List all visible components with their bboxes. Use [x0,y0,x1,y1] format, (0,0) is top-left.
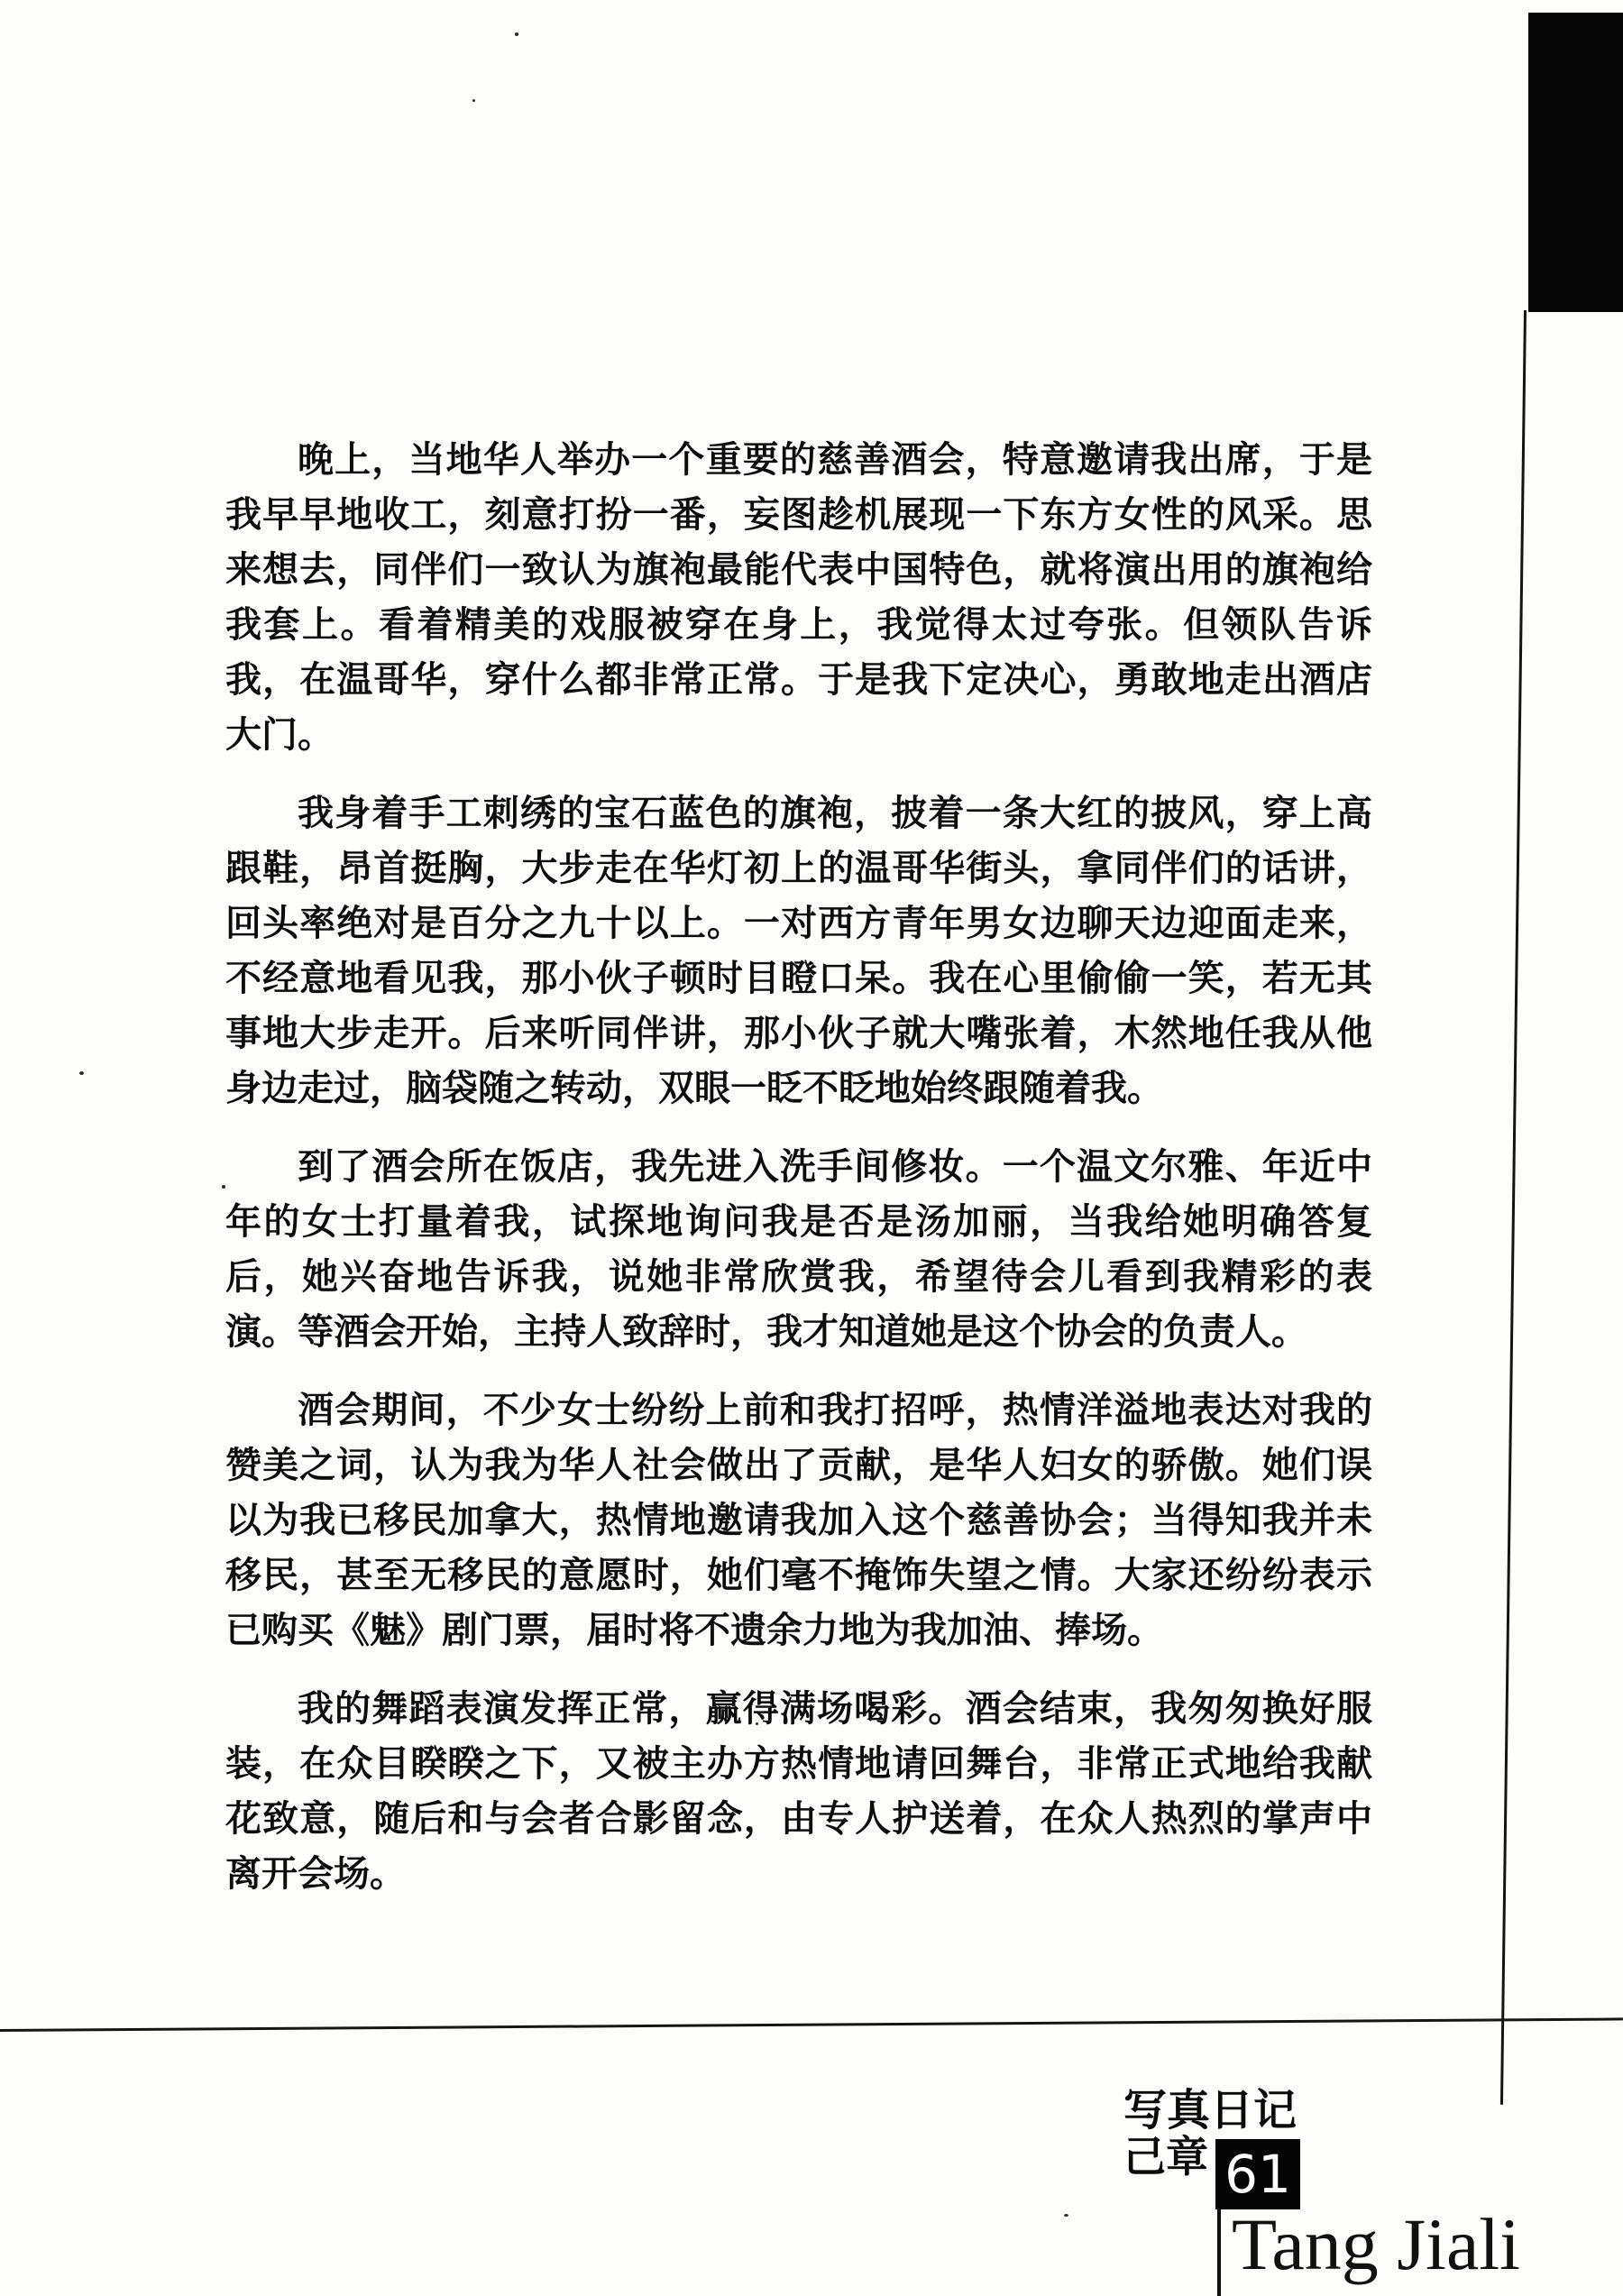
scan-speck [756,1722,758,1725]
paragraph-1: 晚上，当地华人举办一个重要的慈善酒会，特意邀请我出席，于是我早早地收工，刻意打扮… [225,433,1372,763]
page-number-badge: 61 [1215,2139,1300,2209]
paragraph-5: 我的舞蹈表演发挥正常，赢得满场喝彩。酒会结束，我匆匆换好服装，在众目睽睽之下，又… [225,1682,1372,1902]
page-number: 61 [1224,2144,1291,2205]
scan-speck [79,1071,84,1075]
paragraph-2: 我身着手工刺绣的宝石蓝色的旗袍，披着一条大红的披风，穿上高跟鞋，昂首挺胸，大步走… [225,786,1372,1116]
paragraph-3: 到了酒会所在饭店，我先进入洗手间修妆。一个温文尔雅、年近中年的女士打量着我，试探… [225,1140,1372,1360]
footer-logo-line1: 写真日记 [1123,2089,1304,2134]
scan-speck [222,1185,225,1189]
scan-speck [472,99,475,102]
scan-speck [1064,2214,1068,2217]
scan-speck [515,32,518,36]
author-name-latin: Tang Jiali [1232,2208,1520,2282]
footer-logo-line2: 己章 [1123,2135,1208,2179]
footer-vertical-bar [1217,2209,1221,2296]
footer-divider-rule [0,2017,1623,2032]
black-corner-block [1528,13,1623,312]
paragraph-4: 酒会期间，不少女士纷纷上前和我打招呼，热情洋溢地表达对我的赞美之词，认为我为华人… [225,1383,1372,1658]
right-margin-rule [1500,310,1527,2105]
book-page: 晚上，当地华人举办一个重要的慈善酒会，特意邀请我出席，于是我早早地收工，刻意打扮… [0,0,1623,2296]
article-body: 晚上，当地华人举办一个重要的慈善酒会，特意邀请我出席，于是我早早地收工，刻意打扮… [225,433,1372,1925]
